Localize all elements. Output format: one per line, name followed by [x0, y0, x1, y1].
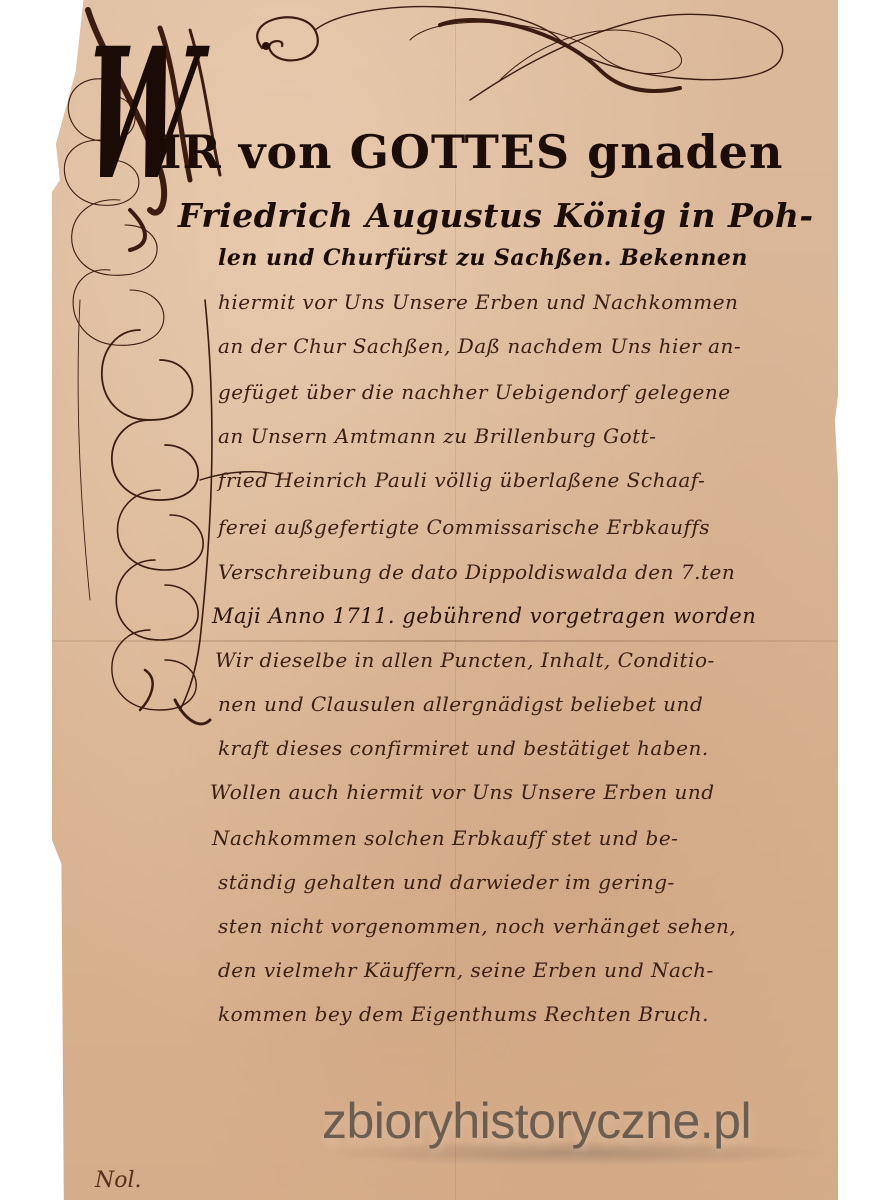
paper-fold-horizontal	[52, 640, 838, 642]
text-line: an Unsern Amtmann zu Brillenburg Gott-	[218, 424, 656, 448]
text-line: ständig gehalten und darwieder im gering…	[218, 870, 675, 894]
text-line: hiermit vor Uns Unsere Erben und Nachkom…	[218, 290, 738, 314]
footnote-annotation: Nol.	[95, 1168, 142, 1193]
text-line: den vielmehr Käuffern, seine Erben und N…	[218, 958, 714, 982]
text-line: fried Heinrich Pauli völlig überlaßene S…	[218, 468, 705, 492]
heading-line-2: Friedrich Augustus König in Poh-	[178, 196, 814, 235]
heading-line-1: IR von GOTTES gnaden	[160, 125, 783, 179]
text-line: Wollen auch hiermit vor Uns Unsere Erben…	[210, 780, 715, 804]
text-line: sten nicht vorgenommen, noch verhänget s…	[218, 914, 736, 938]
text-line: kommen bey dem Eigenthums Rechten Bruch.	[218, 1002, 709, 1026]
text-line: Maji Anno 1711. gebührend vorgetragen wo…	[212, 604, 756, 628]
text-line: Wir dieselbe in allen Puncten, Inhalt, C…	[215, 648, 715, 672]
text-line: Nachkommen solchen Erbkauff stet und be-	[212, 826, 678, 850]
text-line: gefüget über die nachher Uebigendorf gel…	[218, 380, 731, 404]
text-line: Verschreibung de dato Dippoldiswalda den…	[218, 560, 735, 584]
heading-line-3: len und Churfürst zu Sachßen. Bekennen	[218, 245, 748, 271]
watermark: zbioryhistoryczne.pl	[322, 1092, 751, 1150]
text-line: kraft dieses confirmiret und bestätiget …	[218, 736, 709, 760]
text-line: an der Chur Sachßen, Daß nachdem Uns hie…	[218, 334, 741, 358]
text-line: nen und Clausulen allergnädigst beliebet…	[218, 692, 703, 716]
text-line: ferei außgefertigte Commissarische Erbka…	[218, 515, 710, 539]
